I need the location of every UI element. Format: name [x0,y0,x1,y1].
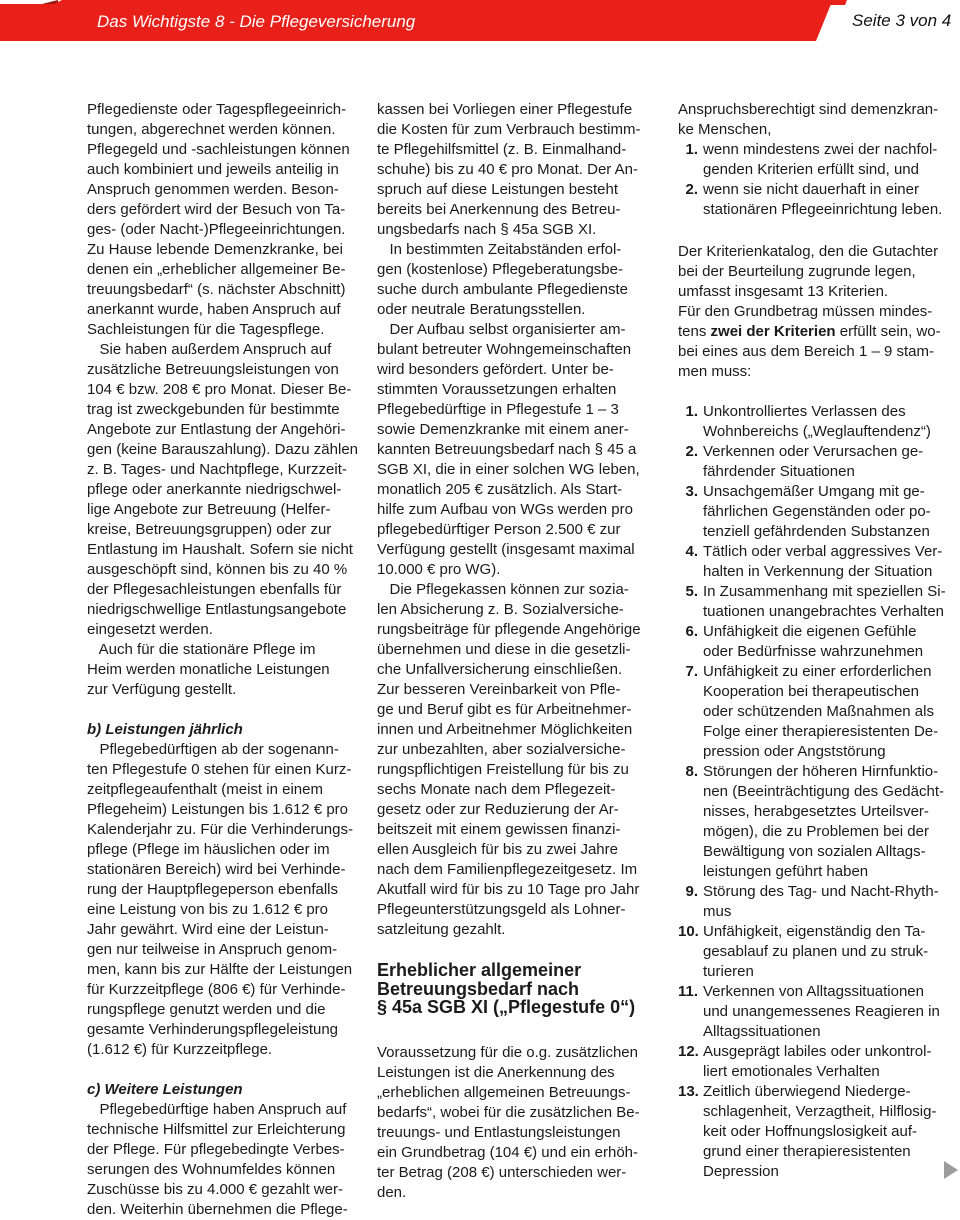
list-item-text: Unfähigkeit zu einer erforderlichen Koop… [703,662,938,762]
list-item-number: 9. [678,882,698,922]
body-paragraph: Pflegedienste oder Tagespflegeeinrich- t… [87,100,369,700]
list-item-text: Ausgeprägt labiles oder unkontrol- liert… [703,1042,931,1082]
list-item: 4.Tätlich oder verbal aggressives Ver- h… [678,542,958,582]
list-item-text: In Zusammenhang mit speziellen Si- tuati… [703,582,946,622]
body-paragraph: Der Kriterienkatalog, den die Gutachter … [678,242,958,382]
list-item: 13.Zeitlich überwiegend Niederge- schlag… [678,1082,958,1182]
list-item: 1.wenn mindestens zwei der nachfol- gend… [678,140,958,180]
list-item-number: 6. [678,622,698,662]
list-item: 5.In Zusammenhang mit speziellen Si- tua… [678,582,958,622]
list-item: 8.Störungen der höheren Hirnfunktio- nen… [678,762,958,882]
list-item: 10.Unfähigkeit, eigenständig den Ta- ges… [678,922,958,982]
list-item-number: 13. [678,1082,698,1182]
list-item-number: 3. [678,482,698,542]
body-paragraph: kassen bei Vorliegen einer Pflegestufe d… [377,100,659,940]
subsection-heading-c: c) Weitere Leistungen [87,1080,369,1100]
list-item-number: 1. [678,402,698,442]
list-item-text: Unfähigkeit die eigenen Gefühle oder Bed… [703,622,923,662]
list-item-text: Störungen der höheren Hirnfunktio- nen (… [703,762,944,882]
list-item-number: 2. [678,180,698,220]
list-item: 3.Unsachgemäßer Umgang mit ge- fährliche… [678,482,958,542]
eligibility-conditions-list: 1.wenn mindestens zwei der nachfol- gend… [678,140,958,220]
list-item-text: Unkontrolliertes Verlassen des Wohnberei… [703,402,931,442]
next-page-arrow-icon [944,1161,958,1179]
content-columns: Pflegedienste oder Tagespflegeeinrich- t… [87,100,958,1220]
header: Das Wichtigste 8 - Die Pflegeversicherun… [0,0,960,48]
list-item-text: Störung des Tag- und Nacht-Rhyth- mus [703,882,939,922]
list-item: 7.Unfähigkeit zu einer erforderlichen Ko… [678,662,958,762]
list-item: 6.Unfähigkeit die eigenen Gefühle oder B… [678,622,958,662]
subsection-heading-b: b) Leistungen jährlich [87,720,369,740]
list-item-text: Unsachgemäßer Umgang mit ge- fährlichen … [703,482,931,542]
list-item-number: 5. [678,582,698,622]
list-item-number: 8. [678,762,698,882]
list-item-text: Verkennen oder Verursachen ge- fährdende… [703,442,923,482]
list-item: 9.Störung des Tag- und Nacht-Rhyth- mus [678,882,958,922]
body-paragraph: Anspruchsberechtigt sind demenzkran- ke … [678,100,958,140]
list-item-number: 4. [678,542,698,582]
list-item: 1.Unkontrolliertes Verlassen des Wohnber… [678,402,958,442]
list-item-text: Zeitlich überwiegend Niederge- schlagenh… [703,1082,936,1182]
list-item-text: Unfähigkeit, eigenständig den Ta- gesabl… [703,922,928,982]
list-item-text: wenn mindestens zwei der nachfol- genden… [703,140,937,180]
criteria-list: 1.Unkontrolliertes Verlassen des Wohnber… [678,402,958,1182]
emphasized-text: zwei der Kriterien [711,323,836,340]
body-paragraph: Pflegebedürftigen ab der sogenann- ten P… [87,740,369,1060]
list-item-number: 10. [678,922,698,982]
document-page: Das Wichtigste 8 - Die Pflegeversicherun… [0,0,960,1220]
column-1: Pflegedienste oder Tagespflegeeinrich- t… [87,100,369,1220]
body-paragraph: Voraussetzung für die o.g. zusätzlichen … [377,1043,659,1203]
body-paragraph: Pflegebedürftige haben Anspruch auf tech… [87,1100,369,1220]
page-number-indicator: Seite 3 von 4 [852,11,951,31]
list-item-number: 1. [678,140,698,180]
list-item-text: Verkennen von Alltagssituationen und una… [703,982,940,1042]
column-2: kassen bei Vorliegen einer Pflegestufe d… [377,100,659,1203]
list-item-number: 12. [678,1042,698,1082]
list-item-text: wenn sie nicht dauerhaft in einer statio… [703,180,942,220]
list-item: 11.Verkennen von Alltagssituationen und … [678,982,958,1042]
list-item: 2.Verkennen oder Verursachen ge- fährden… [678,442,958,482]
list-item: 12.Ausgeprägt labiles oder unkontrol- li… [678,1042,958,1082]
list-item: 2.wenn sie nicht dauerhaft in einer stat… [678,180,958,220]
section-heading-betreuungsbedarf: Erheblicher allgemeiner Betreuungsbedarf… [377,961,659,1017]
column-3: Anspruchsberechtigt sind demenzkran- ke … [678,100,958,1182]
list-item-number: 7. [678,662,698,762]
list-item-number: 2. [678,442,698,482]
page-title: Das Wichtigste 8 - Die Pflegeversicherun… [97,12,415,32]
list-item-number: 11. [678,982,698,1042]
list-item-text: Tätlich oder verbal aggressives Ver- hal… [703,542,942,582]
